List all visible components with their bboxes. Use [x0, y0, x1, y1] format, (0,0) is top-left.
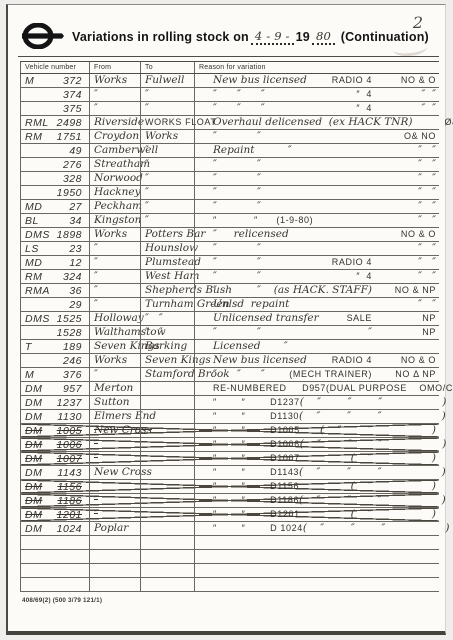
- reason-text: ″ ″: [195, 159, 372, 170]
- vehicle-number: 1751: [57, 131, 82, 143]
- from-garage: Works: [90, 229, 127, 240]
- cell-to: Shepherds Bush: [140, 284, 194, 297]
- vehicle-number: 1201: [57, 509, 82, 521]
- vehicle-number: 49: [69, 145, 82, 157]
- vehicle-number: 374: [63, 89, 82, 101]
- cell-from: ″: [89, 452, 140, 465]
- table-row: 375 ″ ″ ″ ″ ″ ″ 4 ″ ″: [20, 102, 439, 116]
- cell-to: Potters Bar: [140, 228, 194, 241]
- table-row: RML 2498 Riverside WORKS FLOAT Overhaul …: [20, 116, 439, 130]
- code-text: NO & O: [384, 356, 439, 365]
- annotation-text: ″ 4: [356, 104, 372, 113]
- reason-text: ″ ″ D1237: [195, 398, 300, 407]
- vehicle-class-code: DM: [25, 467, 42, 479]
- table-row: BL 34 Kingston ″ ″ ″ (1-9-80) ″ ″: [20, 214, 439, 228]
- table-row: MD 12 ″ Plumstead ″ ″ RADIO 4 ″ ″: [20, 256, 439, 270]
- to-garage: West Ham: [141, 271, 199, 282]
- vehicle-class-code: DM: [25, 383, 42, 395]
- cell-from: Merton: [89, 382, 140, 395]
- cell-vehicle-number: DM 1156: [20, 480, 89, 493]
- cell-from: ″: [89, 256, 140, 269]
- from-garage: Peckham: [90, 201, 142, 212]
- from-garage: ″: [90, 299, 98, 310]
- cell-reason: Overhaul delicensed (ex HACK TNR) Ø& NO: [194, 116, 439, 129]
- cell-to: [140, 536, 194, 549]
- cell-vehicle-number: M 376: [20, 368, 89, 381]
- vehicle-number: 1006: [57, 439, 82, 451]
- vehicle-number: 2498: [57, 117, 82, 129]
- reason-text: ″ ″: [195, 173, 372, 184]
- from-garage: ″: [90, 495, 98, 506]
- to-garage: ″: [141, 201, 149, 212]
- annotation-text: RADIO 4: [332, 356, 372, 365]
- cell-vehicle-number: 49: [20, 144, 89, 157]
- cell-to: [140, 466, 194, 479]
- table-row: 246 Works Seven Kings New bus licensed R…: [20, 354, 439, 368]
- from-garage: ″: [90, 509, 98, 520]
- cell-from: [89, 536, 140, 549]
- cell-vehicle-number: DM 1143: [20, 466, 89, 479]
- vehicle-number: 372: [63, 75, 82, 87]
- from-garage: Poplar: [90, 523, 128, 534]
- cell-to: [140, 396, 194, 409]
- cell-vehicle-number: 1950: [20, 186, 89, 199]
- handwritten-year: 80: [316, 29, 331, 43]
- vehicle-number: 1005: [57, 425, 82, 437]
- cell-to: [140, 508, 194, 521]
- cell-to: ″ ″: [140, 312, 194, 325]
- reason-text: Repaint ″: [195, 145, 372, 156]
- cell-to: [140, 564, 194, 577]
- cell-from: New Cross: [89, 424, 140, 437]
- annotation-text: ″: [368, 327, 372, 338]
- to-garage: Fulwell: [141, 75, 184, 86]
- reason-text: New bus licensed: [195, 75, 332, 86]
- vehicle-number: 1156: [57, 481, 82, 493]
- cell-to: [140, 382, 194, 395]
- cell-from: [89, 550, 140, 563]
- cell-to: Seven Kings: [140, 354, 194, 367]
- cell-from: ″: [89, 298, 140, 311]
- cell-vehicle-number: RML 2498: [20, 116, 89, 129]
- vehicle-class-code: DM: [25, 439, 42, 451]
- cell-to: Stamford Brook: [140, 368, 194, 381]
- from-garage: ″: [90, 453, 98, 464]
- table-row: DM 1130 Elmers End ″ ″ D1130 ( ″ ″ ″ ): [20, 410, 439, 424]
- table-row: RM 324 ″ West Ham ″ ″ ″ 4 ″ ″: [20, 270, 439, 284]
- table-row: DMS 1898 Works Potters Bar ″ relicensed …: [20, 228, 439, 242]
- cell-to: ″ ″: [140, 326, 194, 339]
- reason-text: ″ ″: [195, 131, 372, 142]
- from-garage: Norwood: [90, 173, 143, 184]
- cell-vehicle-number: 374: [20, 88, 89, 101]
- code-text: ″ ″: [384, 89, 439, 100]
- table-row: 49 Camberwell ″ Repaint ″ ″ ″: [20, 144, 439, 158]
- code-text: ): [384, 481, 439, 492]
- reason-text: ″ ″ D1201: [195, 510, 351, 519]
- cell-vehicle-number: 29: [20, 298, 89, 311]
- cell-vehicle-number: MD 12: [20, 256, 89, 269]
- cell-to: Fulwell: [140, 74, 194, 87]
- cell-reason: [194, 564, 439, 577]
- cell-reason: ″ relicensed NO & O: [194, 228, 439, 241]
- from-garage: ″: [90, 89, 98, 100]
- from-garage: Works: [90, 75, 127, 86]
- vehicle-number: 376: [63, 369, 82, 381]
- vehicle-class-code: DM: [25, 411, 42, 423]
- code-text: ″ ″: [384, 201, 439, 212]
- reason-text: ″ ″ D 1024: [195, 524, 303, 533]
- cell-from: Works: [89, 228, 140, 241]
- vehicle-number: 324: [63, 271, 82, 283]
- cell-from: Croydon: [89, 130, 140, 143]
- cell-vehicle-number: DM 1201: [20, 508, 89, 521]
- code-text: NO & O: [384, 230, 439, 239]
- annotation-text: ″ 4: [356, 90, 372, 99]
- cell-reason: [194, 550, 439, 563]
- cell-reason: ″ ″ ″ NP: [194, 326, 439, 339]
- cell-from: [89, 564, 140, 577]
- vehicle-class-code: MD: [25, 201, 42, 213]
- year-field: 80: [312, 29, 335, 45]
- cell-from: Norwood: [89, 172, 140, 185]
- reason-text: Licensed ″: [195, 341, 372, 352]
- table-row: RM 1751 Croydon Works ″ ″ O& NO: [20, 130, 439, 144]
- code-text: NO & NP: [384, 286, 439, 295]
- cell-reason: ″ ″ (1-9-80) ″ ″: [194, 214, 439, 227]
- code-text: ): [384, 453, 439, 464]
- code-text: ″ ″: [384, 145, 439, 156]
- cell-from: Peckham: [89, 200, 140, 213]
- annotation-text: SALE: [347, 314, 372, 323]
- cell-reason: ″ ″ ″ ″: [194, 242, 439, 255]
- table-row: DM 1005 New Cross ″ ″ D1005 ( ″ ″ ): [20, 424, 439, 438]
- annotation-text: (as HACK. STAFF): [274, 285, 372, 296]
- code-text: O& NO: [384, 132, 439, 141]
- vehicle-class-code: BL: [25, 215, 39, 227]
- cell-vehicle-number: M 372: [20, 74, 89, 87]
- reason-text: ″ ″: [195, 285, 274, 296]
- from-garage: ″: [90, 257, 98, 268]
- cell-reason: ″ ″ D1007 ( ″ ): [194, 452, 439, 465]
- cell-vehicle-number: DM 957: [20, 382, 89, 395]
- cell-vehicle-number: DMS 1898: [20, 228, 89, 241]
- table-row: 328 Norwood ″ ″ ″ ″ ″: [20, 172, 439, 186]
- table-row: [20, 536, 439, 550]
- cell-reason: ″ ″ D 1024 ( ″ ″ ″ ): [194, 522, 439, 535]
- code-text: ″ ″: [384, 271, 439, 282]
- annotation-text: ( ″ ″ ″: [299, 411, 382, 422]
- vehicle-number: 27: [69, 201, 82, 213]
- paper-sheet: 2 Variations in rolling stock on4 - 9 -1…: [6, 4, 446, 635]
- code-text: ): [384, 509, 439, 520]
- cell-vehicle-number: DM 1024: [20, 522, 89, 535]
- variations-table: Vehicle number From To Reason for variat…: [20, 61, 439, 592]
- cell-vehicle-number: RM 1751: [20, 130, 89, 143]
- cell-vehicle-number: BL 34: [20, 214, 89, 227]
- from-garage: Merton: [90, 383, 133, 394]
- cell-vehicle-number: DM 1005: [20, 424, 89, 437]
- cell-to: [140, 522, 194, 535]
- vehicle-number: 375: [63, 103, 82, 115]
- cell-vehicle-number: 246: [20, 354, 89, 367]
- vehicle-number: 1528: [57, 327, 82, 339]
- reason-text: ″ ″ D1186: [195, 496, 299, 505]
- cell-from: [89, 480, 140, 493]
- annotation-text: ( ″ ″: [320, 425, 372, 436]
- reason-text: ″ ″: [195, 187, 372, 198]
- vehicle-number: 246: [63, 355, 82, 367]
- to-garage: ″: [141, 159, 149, 170]
- vehicle-class-code: RM: [25, 271, 42, 283]
- table-row: DM 1024 Poplar ″ ″ D 1024 ( ″ ″ ″ ): [20, 522, 439, 536]
- to-garage: Works: [141, 131, 178, 142]
- reason-text: ″ ″ ″: [195, 103, 356, 114]
- london-transport-roundel-icon: [22, 23, 64, 54]
- cell-vehicle-number: [20, 578, 89, 591]
- cell-from: Walthamstow: [89, 326, 140, 339]
- vehicle-number: 1186: [57, 495, 82, 507]
- cell-from: Works: [89, 354, 140, 367]
- cell-reason: Unlsd repaint ″ ″: [194, 298, 439, 311]
- cell-reason: RE-NUMBERED D957 (DUAL PURPOSE OMO/CREW …: [194, 382, 439, 395]
- reason-text: ″ ″ D1007: [195, 454, 351, 463]
- cell-reason: ″ ″ ″ ″: [194, 186, 439, 199]
- cell-from: ″: [89, 284, 140, 297]
- cell-reason: Repaint ″ ″ ″: [194, 144, 439, 157]
- cell-to: ″: [140, 200, 194, 213]
- reason-text: ″ ″: [195, 271, 356, 282]
- cell-from: ″: [89, 102, 140, 115]
- table-row: LS 23 ″ Hounslow ″ ″ ″ ″: [20, 242, 439, 256]
- annotation-text: ( ″ ″ ″: [300, 397, 383, 408]
- table-row: T 189 Seven Kings Barking Licensed ″: [20, 340, 439, 354]
- cell-to: [140, 424, 194, 437]
- column-header-from: From: [89, 62, 140, 73]
- reason-text: ″ relicensed: [195, 229, 372, 240]
- vehicle-class-code: DM: [25, 495, 42, 507]
- reason-text: ″ ″ ″: [195, 89, 356, 100]
- cell-to: [140, 438, 194, 451]
- cell-reason: ″ ″ ″ ″ 4 ″ ″: [194, 88, 439, 101]
- cell-vehicle-number: 1528: [20, 326, 89, 339]
- code-text: NO Δ NP: [384, 370, 439, 379]
- table-row: DMS 1525 Holloway ″ ″ Unlicensed transfe…: [20, 312, 439, 326]
- cell-vehicle-number: [20, 536, 89, 549]
- table-row: DM 1156 ″ ″ D1156 ( ″ ): [20, 480, 439, 494]
- cell-from: ″: [89, 438, 140, 451]
- cell-reason: ″ ″ ″ (MECH TRAINER) NO Δ NP: [194, 368, 439, 381]
- vehicle-class-code: M: [25, 75, 34, 87]
- column-header-reason: Reason for variation: [194, 62, 439, 73]
- code-text: ″ ″: [384, 243, 439, 254]
- code-text: ″ ″: [384, 187, 439, 198]
- from-garage: Sutton: [90, 397, 129, 408]
- cell-from: Kingston: [89, 214, 140, 227]
- reason-text: ″ ″: [195, 327, 368, 338]
- cell-reason: ″ ″ RADIO 4 ″ ″: [194, 256, 439, 269]
- vehicle-number: 36: [69, 285, 82, 297]
- annotation-text: ( ″: [351, 509, 372, 520]
- cell-from: Camberwell: [89, 144, 140, 157]
- from-garage: Kingston: [90, 215, 141, 226]
- cell-from: ″: [89, 494, 140, 507]
- cell-to: ″: [140, 186, 194, 199]
- cell-reason: Licensed ″: [194, 340, 439, 353]
- reason-text: ″ ″ D1156: [195, 482, 351, 491]
- cell-reason: ″ ″ D1201 ( ″ ): [194, 508, 439, 521]
- code-text: NP: [384, 328, 439, 337]
- to-garage: ″: [141, 103, 149, 114]
- cell-vehicle-number: DM 1186: [20, 494, 89, 507]
- table-header-row: Vehicle number From To Reason for variat…: [20, 61, 439, 74]
- cell-vehicle-number: DM 1237: [20, 396, 89, 409]
- from-garage: ″: [90, 271, 98, 282]
- code-text: ″ ″: [384, 215, 439, 226]
- cell-from: ″: [89, 270, 140, 283]
- cell-to: [140, 550, 194, 563]
- cell-vehicle-number: T 189: [20, 340, 89, 353]
- vehicle-number: 189: [63, 341, 82, 353]
- reason-text: ″ ″ (1-9-80): [195, 216, 372, 225]
- cell-to: Hounslow: [140, 242, 194, 255]
- vehicle-class-code: DM: [25, 523, 42, 535]
- vehicle-number: 276: [63, 159, 82, 171]
- cell-to: [140, 578, 194, 591]
- date-field: 4 - 9 -: [251, 29, 294, 45]
- reason-text: Unlicensed transfer: [195, 313, 347, 324]
- vehicle-number: 29: [69, 299, 82, 311]
- code-text: NP: [384, 314, 439, 323]
- annotation-text: ( ″ ″ ″: [299, 467, 382, 478]
- vehicle-number: 1130: [57, 411, 82, 423]
- code-text: Ø& NO: [424, 118, 453, 127]
- reason-text: Unlsd repaint: [195, 299, 372, 310]
- cell-to: ″: [140, 214, 194, 227]
- reason-text: ″ ″ D1130: [195, 412, 299, 421]
- code-text: ″ ″: [384, 159, 439, 170]
- cell-from: New Cross: [89, 466, 140, 479]
- annotation-text: ( ″ ″ ″: [303, 523, 386, 534]
- cell-vehicle-number: DMS 1525: [20, 312, 89, 325]
- to-garage: ″ ″: [141, 313, 163, 324]
- vehicle-number: 1007: [57, 453, 82, 465]
- cell-reason: ″ ″ D1156 ( ″ ): [194, 480, 439, 493]
- cell-reason: [194, 578, 439, 591]
- table-row: DM 1006 ″ ″ ″ D1006 ( ″ ″ ″ ): [20, 438, 439, 452]
- cell-to: ″: [140, 158, 194, 171]
- reason-text: ″ ″ D1005: [195, 426, 320, 435]
- table-row: DM 1143 New Cross ″ ″ D1143 ( ″ ″ ″ ): [20, 466, 439, 480]
- from-garage: Works: [90, 355, 127, 366]
- cell-vehicle-number: 328: [20, 172, 89, 185]
- cell-reason: ″ ″ D1237 ( ″ ″ ″ ): [194, 396, 439, 409]
- cell-vehicle-number: RMA 36: [20, 284, 89, 297]
- from-garage: Croydon: [90, 131, 139, 142]
- cell-vehicle-number: [20, 564, 89, 577]
- handwritten-date: 4 - 9 -: [255, 29, 290, 43]
- code-text: ″ ″: [384, 103, 439, 114]
- column-header-to: To: [140, 62, 194, 73]
- vehicle-class-code: RM: [25, 131, 42, 143]
- vehicle-number: 1237: [57, 397, 82, 409]
- cell-from: Elmers End: [89, 410, 140, 423]
- vehicle-class-code: RML: [25, 117, 49, 129]
- table-row: [20, 550, 439, 564]
- to-garage: Hounslow: [141, 243, 198, 254]
- annotation-text: ( ″: [351, 453, 372, 464]
- vehicle-class-code: DMS: [25, 313, 50, 325]
- from-garage: ″: [90, 439, 98, 450]
- cell-to: Turnham Green: [140, 298, 194, 311]
- vehicle-number: 1525: [57, 313, 82, 325]
- vehicle-class-code: T: [25, 341, 32, 353]
- vehicle-number: 1950: [57, 187, 82, 199]
- vehicle-number: 34: [69, 215, 82, 227]
- to-garage: ″: [141, 187, 149, 198]
- cell-to: West Ham: [140, 270, 194, 283]
- cell-reason: ″ ″ O& NO: [194, 130, 439, 143]
- to-garage: ″: [141, 145, 149, 156]
- code-text: ): [397, 523, 452, 534]
- table-row: 374 ″ ″ ″ ″ ″ ″ 4 ″ ″: [20, 88, 439, 102]
- table-row: M 372 Works Fulwell New bus licensed RAD…: [20, 74, 439, 88]
- table-row: DM 1237 Sutton ″ ″ D1237 ( ″ ″ ″ ): [20, 396, 439, 410]
- cell-vehicle-number: 375: [20, 102, 89, 115]
- cell-vehicle-number: MD 27: [20, 200, 89, 213]
- cell-reason: ″ ″ D1006 ( ″ ″ ″ ): [194, 438, 439, 451]
- cell-to: WORKS FLOAT: [140, 116, 194, 129]
- vehicle-class-code: DM: [25, 509, 42, 521]
- cell-from: ″: [89, 368, 140, 381]
- scanned-form: 2 Variations in rolling stock on4 - 9 -1…: [0, 0, 453, 640]
- cell-from: ″: [89, 242, 140, 255]
- reason-text: RE-NUMBERED D957: [195, 384, 326, 393]
- vehicle-class-code: M: [25, 369, 34, 381]
- to-garage: ″: [141, 173, 149, 184]
- form-title: Variations in rolling stock on4 - 9 -198…: [72, 30, 429, 46]
- code-text: ″ ″: [384, 299, 439, 310]
- cell-reason: ″ ″ ″ ″: [194, 172, 439, 185]
- vehicle-number: 328: [63, 173, 82, 185]
- reason-text: Overhaul delicensed (ex HACK TNR): [195, 117, 412, 128]
- vehicle-number: 12: [69, 257, 82, 269]
- cell-from: Works: [89, 74, 140, 87]
- table-row: [20, 578, 439, 592]
- cell-from: Seven Kings: [89, 340, 140, 353]
- cell-to: Plumstead: [140, 256, 194, 269]
- cell-reason: ″ ″ D1005 ( ″ ″ ): [194, 424, 439, 437]
- from-garage: Holloway: [90, 313, 144, 324]
- cell-reason: [194, 536, 439, 549]
- code-text: NO & O: [384, 76, 439, 85]
- cell-to: [140, 480, 194, 493]
- vehicle-class-code: DMS: [25, 229, 50, 241]
- vehicle-number: 23: [69, 243, 82, 255]
- vehicle-class-code: DM: [25, 453, 42, 465]
- code-text: ): [394, 495, 449, 506]
- table-row: M 376 ″ Stamford Brook ″ ″ ″ (MECH TRAIN…: [20, 368, 439, 382]
- to-garage: Barking: [141, 341, 187, 352]
- cell-reason: ″ ″ D1130 ( ″ ″ ″ ): [194, 410, 439, 423]
- cell-vehicle-number: DM 1130: [20, 410, 89, 423]
- cell-reason: ″ ″ ″ ″: [194, 200, 439, 213]
- from-garage: ″: [90, 369, 98, 380]
- vehicle-class-code: LS: [25, 243, 39, 255]
- vehicle-class-code: DM: [25, 481, 42, 493]
- annotation-text: ( ″ ″ ″: [299, 495, 382, 506]
- reason-text: ″ ″: [195, 201, 372, 212]
